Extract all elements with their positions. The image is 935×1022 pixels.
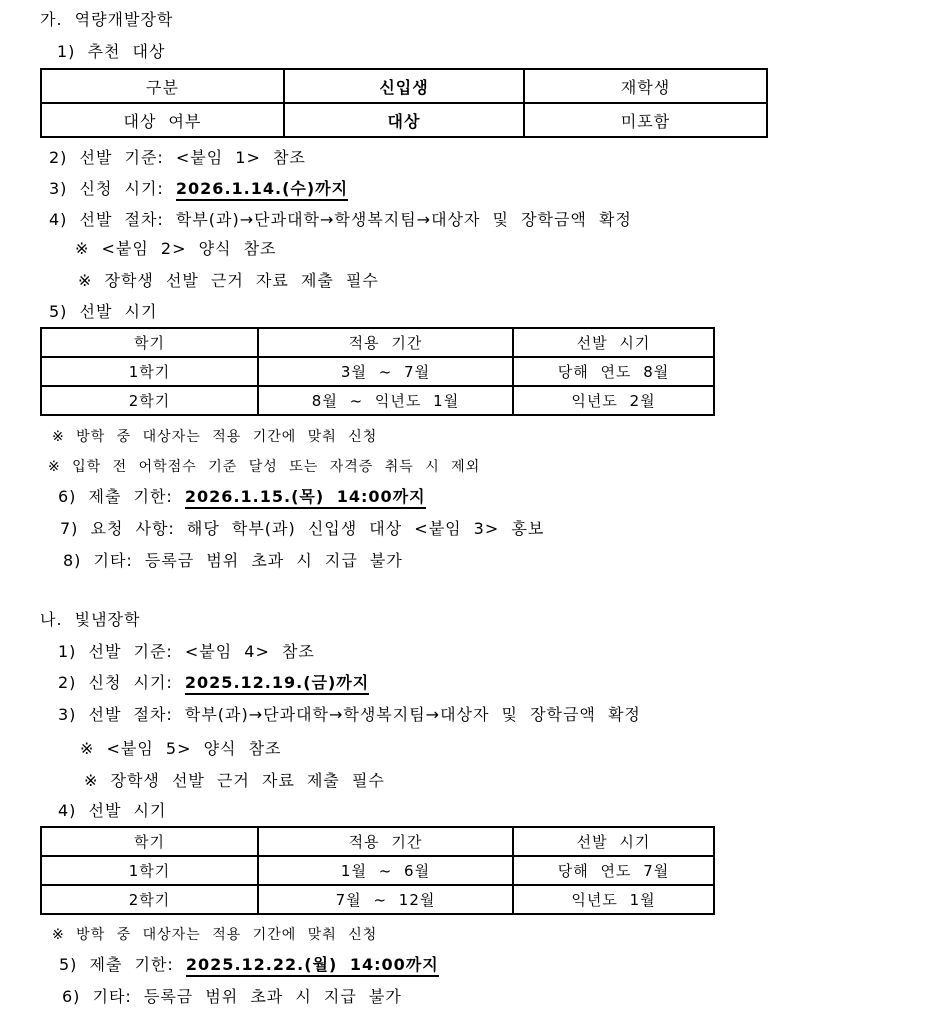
table-cell: 미포함 xyxy=(524,103,767,137)
table-row: 대상 여부 대상 미포함 xyxy=(41,103,767,137)
item-prefix: 6) 제출 기한: xyxy=(58,487,185,506)
table-header-cell: 신입생 xyxy=(284,69,524,103)
table-cell: 대상 xyxy=(284,103,524,137)
table-cell: 3월 ~ 7월 xyxy=(258,357,513,386)
sub-note-evidence-required: ※ 장학생 선발 근거 자료 제출 필수 xyxy=(78,272,379,290)
table-cell: 1학기 xyxy=(41,856,258,885)
sub-note-attachment-form: ※ <붙임 2> 양식 참조 xyxy=(75,240,276,258)
sub-note-attachment-form: ※ <붙임 5> 양식 참조 xyxy=(80,740,281,758)
submission-deadline: 2025.12.22.(월) 14:00까지 xyxy=(186,955,439,977)
table-note-vacation: ※ 방학 중 대상자는 적용 기간에 맞춰 신청 xyxy=(52,926,377,944)
table-header-cell: 학기 xyxy=(41,827,258,856)
item-prefix: 3) 신청 시기: xyxy=(49,179,176,198)
table-row: 구분 신입생 재학생 xyxy=(41,69,767,103)
item-submission-deadline: 6) 제출 기한: 2026.1.15.(목) 14:00까지 xyxy=(58,488,426,506)
item-etc: 8) 기타: 등록금 범위 초과 시 지급 불가 xyxy=(63,552,403,570)
table-row: 1학기 3월 ~ 7월 당해 연도 8월 xyxy=(41,357,714,386)
item-application-period: 2) 신청 시기: 2025.12.19.(금)까지 xyxy=(58,674,369,692)
recommendation-target-table: 구분 신입생 재학생 대상 여부 대상 미포함 xyxy=(40,68,768,138)
table-cell: 1월 ~ 6월 xyxy=(258,856,513,885)
item-selection-criteria: 1) 선발 기준: <붙임 4> 참조 xyxy=(58,643,315,661)
item-selection-timing: 4) 선발 시기 xyxy=(58,802,166,820)
submission-deadline: 2026.1.15.(목) 14:00까지 xyxy=(185,487,426,509)
table-row: 1학기 1월 ~ 6월 당해 연도 7월 xyxy=(41,856,714,885)
item-etc: 6) 기타: 등록금 범위 초과 시 지급 불가 xyxy=(62,988,402,1006)
document-page: 가. 역량개발장학 1) 추천 대상 구분 신입생 재학생 대상 여부 대상 미… xyxy=(0,0,935,1022)
table-header-cell: 적용 기간 xyxy=(258,328,513,357)
table-cell: 1학기 xyxy=(41,357,258,386)
table-header-cell: 재학생 xyxy=(524,69,767,103)
sub-note-evidence-required: ※ 장학생 선발 근거 자료 제출 필수 xyxy=(84,772,385,790)
item-selection-timing: 5) 선발 시기 xyxy=(49,303,157,321)
item-selection-criteria: 2) 선발 기준: <붙임 1> 참조 xyxy=(49,149,306,167)
item-selection-procedure: 3) 선발 절차: 학부(과)→단과대학→학생복지팀→대상자 및 장학금액 확정 xyxy=(58,706,641,724)
table-header-cell: 학기 xyxy=(41,328,258,357)
section-b-heading: 나. 빛냄장학 xyxy=(40,611,140,629)
item-request: 7) 요청 사항: 해당 학부(과) 신입생 대상 <붙임 3> 홍보 xyxy=(60,520,544,538)
item-recommend-target: 1) 추천 대상 xyxy=(57,43,165,61)
item-submission-deadline: 5) 제출 기한: 2025.12.22.(월) 14:00까지 xyxy=(59,956,439,974)
item-selection-procedure: 4) 선발 절차: 학부(과)→단과대학→학생복지팀→대상자 및 장학금액 확정 xyxy=(49,211,632,229)
table-cell: 8월 ~ 익년도 1월 xyxy=(258,386,513,415)
table-cell: 7월 ~ 12월 xyxy=(258,885,513,914)
table-cell: 당해 연도 8월 xyxy=(513,357,714,386)
table-cell: 2학기 xyxy=(41,386,258,415)
application-deadline: 2025.12.19.(금)까지 xyxy=(185,673,369,695)
table-cell: 2학기 xyxy=(41,885,258,914)
table-header-cell: 적용 기간 xyxy=(258,827,513,856)
table-row: 2학기 7월 ~ 12월 익년도 1월 xyxy=(41,885,714,914)
table-header-cell: 선발 시기 xyxy=(513,827,714,856)
table-row: 2학기 8월 ~ 익년도 1월 익년도 2월 xyxy=(41,386,714,415)
table-cell: 익년도 2월 xyxy=(513,386,714,415)
application-deadline: 2026.1.14.(수)까지 xyxy=(176,179,348,201)
item-application-period: 3) 신청 시기: 2026.1.14.(수)까지 xyxy=(49,180,348,198)
item-prefix: 2) 신청 시기: xyxy=(58,673,185,692)
table-cell: 대상 여부 xyxy=(41,103,284,137)
section-a-heading: 가. 역량개발장학 xyxy=(40,11,173,29)
table-header-cell: 선발 시기 xyxy=(513,328,714,357)
selection-schedule-table: 학기 적용 기간 선발 시기 1학기 1월 ~ 6월 당해 연도 7월 2학기 … xyxy=(40,826,715,915)
item-prefix: 5) 제출 기한: xyxy=(59,955,186,974)
table-cell: 익년도 1월 xyxy=(513,885,714,914)
table-row: 학기 적용 기간 선발 시기 xyxy=(41,827,714,856)
table-note-vacation: ※ 방학 중 대상자는 적용 기간에 맞춰 신청 xyxy=(52,428,377,446)
table-row: 학기 적용 기간 선발 시기 xyxy=(41,328,714,357)
table-cell: 당해 연도 7월 xyxy=(513,856,714,885)
selection-schedule-table: 학기 적용 기간 선발 시기 1학기 3월 ~ 7월 당해 연도 8월 2학기 … xyxy=(40,327,715,416)
table-note-exclusion: ※ 입학 전 어학점수 기준 달성 또는 자격증 취득 시 제외 xyxy=(48,458,480,476)
table-header-cell: 구분 xyxy=(41,69,284,103)
